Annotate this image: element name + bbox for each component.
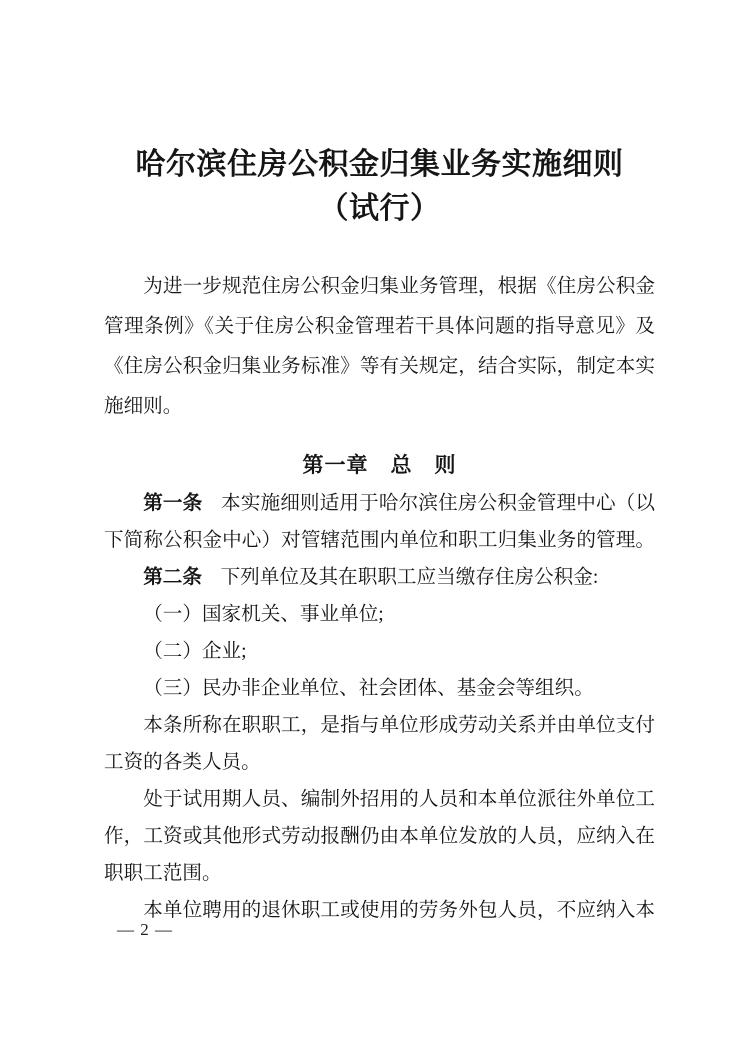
document-title: 哈尔滨住房公积金归集业务实施细则 （试行） [104,143,655,231]
title-line-2: （试行） [104,187,655,231]
title-line-1: 哈尔滨住房公积金归集业务实施细则 [104,143,655,187]
probation-line: 处于试用期人员、编制外招用的人员和本单位派往外单位工 [104,781,655,818]
intro-line: 管理条例》《关于住房公积金管理若干具体问题的指导意见》及 [104,307,655,347]
page-number: — 2 — [117,920,173,940]
article-2-text: 下列单位及其在职职工应当缴存住房公积金: [221,567,599,588]
article-1-text: 本实施细则适用于哈尔滨住房公积金管理中心（以 [221,493,655,514]
intro-line: 《住房公积金归集业务标准》等有关规定，结合实际，制定本实 [104,347,655,387]
article-1-line: 下简称公积金中心）对管辖范围内单位和职工归集业务的管理。 [104,522,655,559]
chapter-body: 第一条本实施细则适用于哈尔滨住房公积金管理中心（以 下简称公积金中心）对管辖范围… [104,485,655,929]
article-1-number: 第一条 [143,493,202,514]
retired-line: 本单位聘用的退休职工或使用的劳务外包人员，不应纳入本 [104,892,655,929]
article-2-line: 第二条下列单位及其在职职工应当缴存住房公积金: [104,559,655,596]
intro-paragraph: 为进一步规范住房公积金归集业务管理，根据《住房公积金 管理条例》《关于住房公积金… [104,267,655,427]
article-2-item-3: （三）民办非企业单位、社会团体、基金会等组织。 [104,670,655,707]
intro-line: 为进一步规范住房公积金归集业务管理，根据《住房公积金 [104,267,655,307]
staff-definition-line: 本条所称在职职工，是指与单位形成劳动关系并由单位支付 [104,707,655,744]
article-2-number: 第二条 [143,567,202,588]
intro-line: 施细则。 [104,387,655,427]
chapter-heading: 第一章 总 则 [104,445,655,485]
article-1-line: 第一条本实施细则适用于哈尔滨住房公积金管理中心（以 [104,485,655,522]
document-page: 哈尔滨住房公积金归集业务实施细则 （试行） 为进一步规范住房公积金归集业务管理，… [0,0,741,1046]
probation-line: 职职工范围。 [104,855,655,892]
probation-line: 作，工资或其他形式劳动报酬仍由本单位发放的人员，应纳入在 [104,818,655,855]
article-2-item-1: （一）国家机关、事业单位; [104,596,655,633]
article-2-item-2: （二）企业; [104,633,655,670]
staff-definition-line: 工资的各类人员。 [104,744,655,781]
